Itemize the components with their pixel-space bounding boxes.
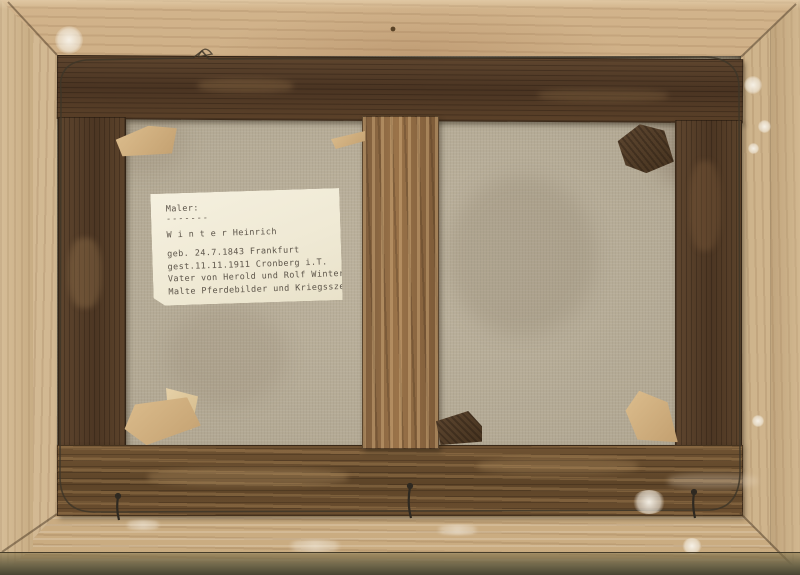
photo-back-of-framed-painting: Maler: ------- W i n t e r Heinrich geb.… xyxy=(0,0,800,575)
paint-splotch xyxy=(430,525,485,535)
wood-scuff xyxy=(538,89,668,102)
paint-splotch xyxy=(748,143,759,154)
canvas-stain xyxy=(167,306,287,406)
paint-splotch xyxy=(280,540,350,552)
wood-scuff xyxy=(148,468,348,486)
stretcher-top-bar xyxy=(57,55,743,123)
wood-scuff xyxy=(690,161,720,251)
label-artist-name: W i n t e r Heinrich xyxy=(166,225,340,241)
paint-splotch xyxy=(744,76,762,94)
paint-splotch xyxy=(120,520,166,530)
frame-top-highlight xyxy=(0,0,800,9)
paint-splotch xyxy=(632,490,666,514)
stretcher-left-bar xyxy=(58,117,126,449)
frame-bottom-edge-shadow xyxy=(0,552,800,575)
frame-right-outer-edge xyxy=(770,0,800,575)
artist-label: Maler: ------- W i n t e r Heinrich geb.… xyxy=(150,188,342,306)
wood-scuff xyxy=(198,79,293,93)
canvas-stain xyxy=(447,176,597,336)
stretcher-center-crossbar xyxy=(362,116,439,449)
label-details: geb. 24.7.1843 Frankfurt gest.11.11.1911… xyxy=(167,243,342,298)
wood-scuff xyxy=(69,238,101,308)
paint-splotch xyxy=(752,415,764,427)
stretcher-right-bar xyxy=(675,120,742,446)
paint-splotch xyxy=(55,26,83,54)
wood-scuff xyxy=(668,474,758,488)
frame-left-outer-edge xyxy=(0,0,34,575)
wood-scuff xyxy=(478,458,638,474)
paint-splotch xyxy=(758,120,771,133)
